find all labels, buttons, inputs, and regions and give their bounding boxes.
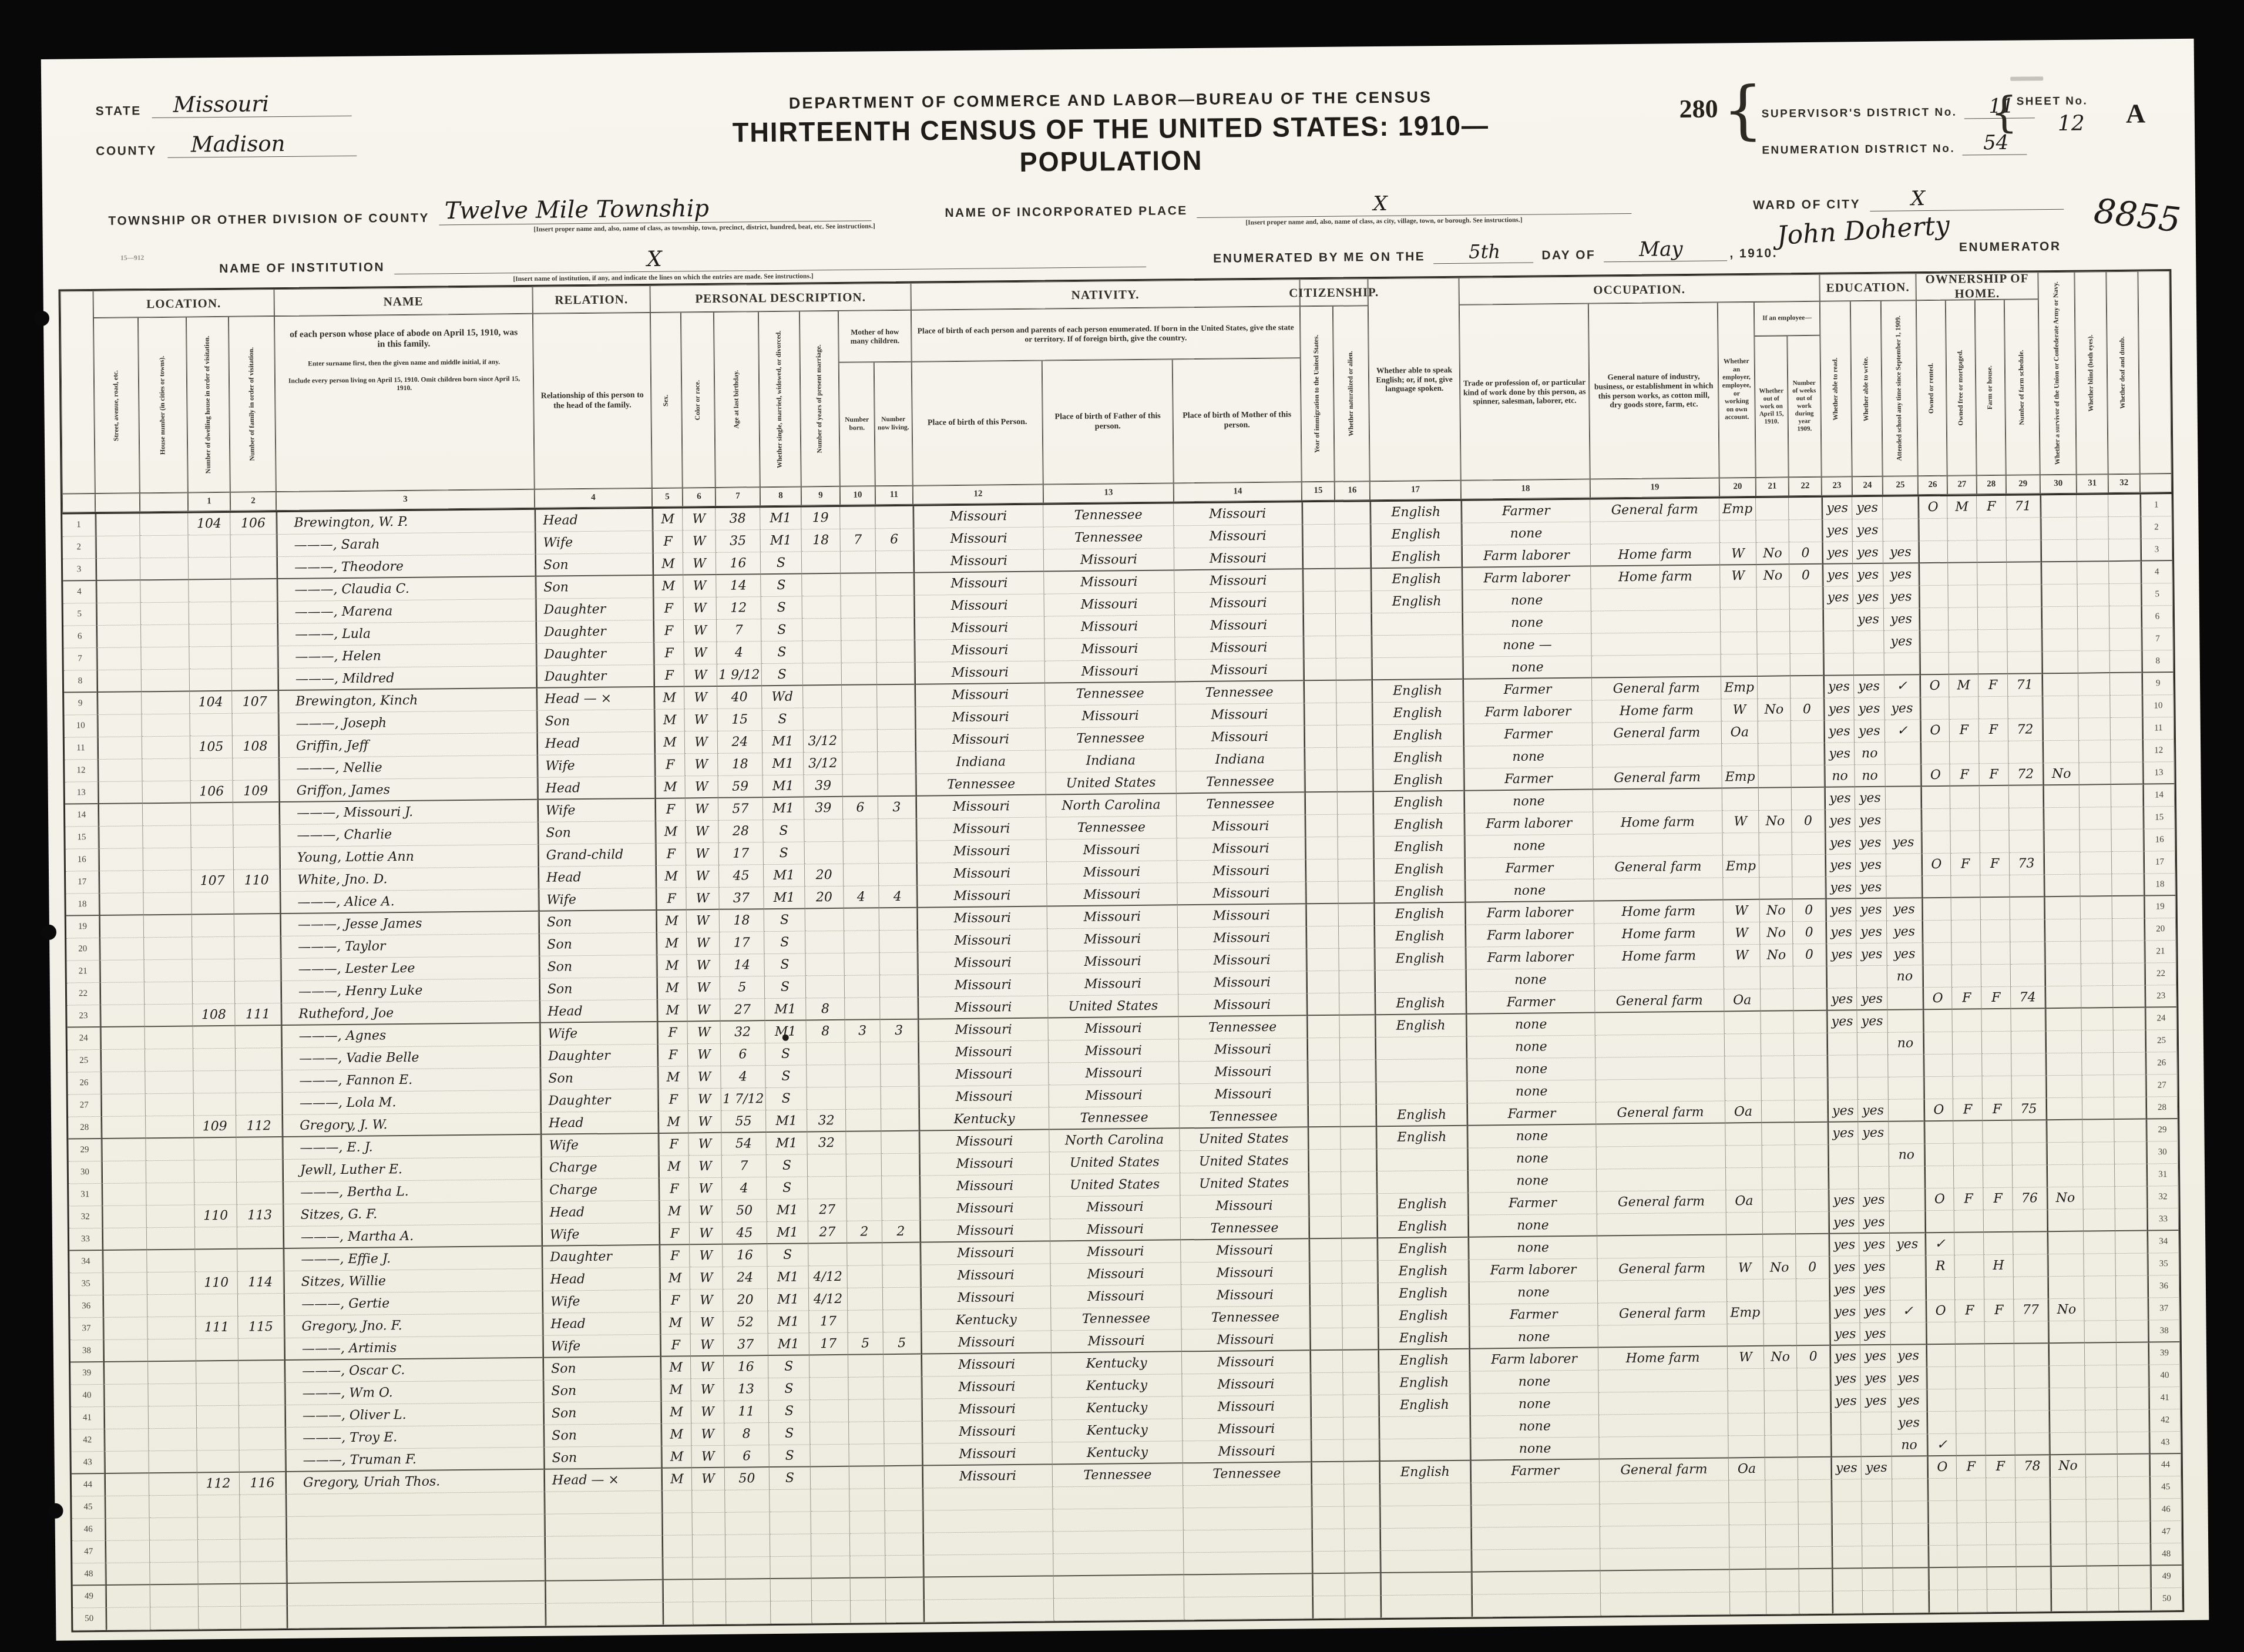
row-29-age: 54: [721, 1133, 766, 1156]
row-14-rel: Wife: [538, 799, 655, 822]
small-print-smudge: [2010, 76, 2043, 81]
row-32-fh: F: [1983, 1188, 2013, 1210]
row-8-wr: [1854, 653, 1884, 676]
row-27-street: [101, 1094, 146, 1117]
row-24-street: [100, 1027, 145, 1050]
row-44-fm: F: [1957, 1456, 1986, 1478]
col-header-bm: Place of birth of Mother of this person.: [1173, 358, 1302, 483]
row-40-ym: [809, 1378, 848, 1401]
row-20-sur: [2044, 919, 2081, 942]
row-34-wk: [1796, 1234, 1829, 1257]
row-41-cl: [884, 1399, 922, 1422]
row-14-rn2: 14: [2143, 784, 2175, 807]
row-38-bm: Missouri: [1182, 1328, 1310, 1352]
row-48-ow: [1766, 1547, 1799, 1570]
row-29-dw: [194, 1138, 236, 1161]
row-16-ind: [1594, 833, 1723, 857]
row-35-fn: [2013, 1254, 2047, 1277]
row-12-sur: [2043, 741, 2079, 764]
row-9-df: [2110, 673, 2142, 696]
row-2-sex: F: [652, 530, 683, 553]
row-44-street: [105, 1473, 149, 1496]
row-13-occ: Farmer: [1463, 768, 1593, 791]
row-11-fn: 72: [2008, 718, 2043, 741]
row-22-bl: [2081, 963, 2113, 986]
row-42-sex: M: [661, 1423, 691, 1446]
row-12-age: 18: [718, 753, 762, 776]
row-18-age: 37: [719, 887, 764, 910]
row-17-fm: F: [1951, 853, 1980, 875]
row-35-fm: [1954, 1255, 1984, 1277]
row-43-col: W: [691, 1446, 724, 1469]
row-37-df: [2116, 1298, 2148, 1321]
row-31-eng: [1376, 1171, 1467, 1194]
row-46-wr: [1862, 1502, 1892, 1524]
row-27-fm: [1953, 1076, 1983, 1099]
row-3-fm: [1948, 540, 1977, 563]
row-20-occ: Farm laborer: [1465, 924, 1594, 948]
row-40-col: W: [691, 1379, 724, 1402]
row-27-house: [146, 1093, 194, 1116]
row-33-rn2: 33: [2147, 1208, 2179, 1231]
row-12-bl: [2079, 740, 2111, 763]
row-48-bp: [923, 1554, 1053, 1577]
row-4-bp: Missouri: [913, 572, 1044, 596]
row-40-fh: [1985, 1366, 2014, 1389]
row-14-name: ———, Missouri J.: [279, 800, 538, 825]
row-47-own: [1928, 1523, 1957, 1546]
row-34-age: 16: [723, 1244, 767, 1267]
row-31-sur: [2047, 1165, 2083, 1188]
row-34-sex: F: [659, 1245, 690, 1267]
row-19-street: [99, 915, 144, 938]
row-40-rn: 40: [70, 1385, 103, 1408]
row-18-cb: 4: [844, 886, 879, 909]
row-4-ym: [802, 574, 841, 597]
row-24-bm: Tennessee: [1178, 1016, 1306, 1039]
row-23-wk: [1793, 989, 1826, 1012]
row-32-fam: 113: [237, 1204, 283, 1227]
row-9-ym: [803, 686, 842, 709]
row-27-bl: [2082, 1075, 2114, 1098]
row-38-bf: Missouri: [1052, 1329, 1182, 1353]
row-18-sur: [2044, 875, 2080, 898]
row-48-name: [286, 1559, 545, 1584]
row-19-col: W: [687, 910, 720, 933]
row-12-house: [142, 758, 190, 781]
row-49-bl: [2087, 1566, 2119, 1589]
row-5-ow: [1757, 587, 1790, 610]
row-4-fh: [1977, 563, 2007, 585]
row-5-street: [96, 603, 141, 626]
row-46-street: [105, 1518, 150, 1541]
row-33-bm: Tennessee: [1181, 1217, 1309, 1240]
row-16-bp: Missouri: [916, 840, 1047, 864]
row-22-street: [100, 982, 145, 1005]
row-40-fam: [238, 1383, 284, 1406]
row-18-sex: F: [656, 888, 686, 910]
row-45-occ: [1470, 1482, 1600, 1506]
row-17-sur: [2044, 852, 2080, 875]
row-44-rel: Head — ×: [544, 1469, 661, 1492]
row-44-sur: No: [2050, 1455, 2086, 1478]
row-6-bl: [2078, 606, 2109, 629]
row-50-ym: [812, 1601, 851, 1624]
row-44-cl: [885, 1466, 922, 1489]
row-5-fam: [231, 602, 277, 624]
row-37-wr: yes: [1860, 1301, 1890, 1323]
row-14-imm: [1305, 793, 1338, 815]
row-4-cb: [841, 573, 876, 596]
col-header-sur: Whether a survivor of the Union or Confe…: [2038, 272, 2076, 475]
row-23-df: [2113, 986, 2145, 1009]
row-42-imm: [1311, 1418, 1343, 1441]
row-15-house: [143, 825, 191, 848]
row-33-fam: [237, 1227, 283, 1250]
row-21-street: [99, 960, 144, 983]
row-7-occ: none —: [1462, 634, 1591, 657]
row-35-sch: [1890, 1255, 1925, 1278]
row-31-bf: United States: [1050, 1173, 1180, 1197]
row-18-ym: 20: [805, 887, 844, 909]
row-35-own: R: [1925, 1255, 1954, 1278]
row-34-col: W: [690, 1245, 723, 1268]
row-3-ow: No: [1756, 542, 1789, 565]
row-6-street: [96, 625, 141, 648]
row-21-wk: 0: [1793, 944, 1826, 967]
row-12-ym: 3/12: [804, 753, 842, 775]
row-34-occ: none: [1468, 1237, 1597, 1260]
row-7-imm: [1303, 636, 1336, 659]
row-1-bp: Missouri: [913, 505, 1043, 529]
row-35-fam: 114: [238, 1271, 284, 1294]
row-24-bf: Missouri: [1048, 1017, 1178, 1040]
row-40-imm: [1310, 1373, 1343, 1396]
row-15-fm: [1950, 808, 1980, 831]
col-number-bp: 12: [913, 485, 1043, 505]
row-7-df: [2109, 629, 2141, 652]
row-27-name: ———, Lola M.: [282, 1090, 540, 1115]
row-10-fh: [1978, 697, 2008, 719]
row-25-sex: F: [657, 1044, 688, 1066]
row-38-rel: Wife: [543, 1335, 660, 1358]
row-45-bf: [1053, 1486, 1183, 1509]
row-34-rn2: 34: [2147, 1231, 2179, 1254]
row-16-cl: [879, 841, 916, 864]
row-3-fam: [231, 557, 277, 580]
row-33-street: [102, 1228, 147, 1251]
row-13-nat: [1337, 770, 1372, 793]
row-32-rel: Head: [541, 1201, 659, 1224]
row-29-wk: [1795, 1123, 1828, 1146]
row-24-ym: 8: [807, 1020, 845, 1043]
row-1-fh: F: [1977, 496, 2006, 518]
row-33-col: W: [690, 1223, 723, 1245]
row-24-cl: 3: [881, 1020, 918, 1043]
row-11-wr: yes: [1855, 720, 1885, 743]
row-39-fn: [2014, 1344, 2048, 1366]
row-3-wk: 0: [1789, 542, 1822, 565]
row-39-ind: Home farm: [1598, 1347, 1728, 1370]
row-37-ind: General farm: [1598, 1302, 1727, 1325]
row-30-sur: [2047, 1143, 2083, 1166]
row-3-house: [140, 558, 189, 581]
row-5-bm: Missouri: [1175, 592, 1303, 615]
row-16-fh: [1980, 831, 2009, 853]
row-42-sch: yes: [1892, 1412, 1927, 1435]
row-13-ym: 39: [804, 775, 842, 798]
row-36-bm: Missouri: [1181, 1284, 1309, 1307]
row-4-rn2: 4: [2141, 561, 2172, 584]
row-23-bf: United States: [1048, 995, 1178, 1018]
row-45-df: [2118, 1477, 2149, 1500]
row-44-age: 50: [725, 1468, 770, 1490]
row-38-fh: [1985, 1322, 2014, 1344]
row-8-rn: 8: [64, 670, 97, 693]
row-13-emp: Emp: [1722, 766, 1758, 789]
row-33-name: ———, Martha A.: [283, 1224, 542, 1249]
row-18-occ: none: [1464, 879, 1594, 903]
col-header-cl: Number now living.: [874, 362, 913, 486]
row-10-bl: [2078, 696, 2110, 718]
row-43-rel: Son: [543, 1446, 661, 1470]
row-18-rn2: 18: [2144, 874, 2175, 896]
row-15-age: 28: [718, 820, 763, 843]
row-33-occ: none: [1468, 1214, 1597, 1238]
row-30-rd: [1828, 1144, 1859, 1167]
row-34-fn: [2013, 1232, 2047, 1255]
row-24-fm: [1952, 1009, 1981, 1032]
row-27-rn: 27: [68, 1094, 101, 1117]
row-30-wk: [1795, 1145, 1828, 1168]
row-16-bl: [2080, 830, 2111, 852]
row-13-fm: F: [1950, 764, 1979, 786]
state-label: STATE: [95, 104, 141, 118]
row-12-bp: Indiana: [915, 751, 1046, 774]
row-26-bm: Missouri: [1179, 1060, 1307, 1084]
row-9-bf: Tennessee: [1045, 682, 1175, 706]
row-45-bl: [2086, 1477, 2118, 1500]
col-number-mar: 8: [760, 486, 801, 506]
row-36-cl: [883, 1288, 921, 1311]
row-26-mar: S: [765, 1065, 807, 1088]
row-4-rn: 4: [63, 581, 96, 604]
row-5-rel: Daughter: [536, 598, 653, 622]
row-10-imm: [1304, 703, 1336, 726]
row-32-bl: [2083, 1187, 2115, 1210]
row-25-sch: no: [1888, 1032, 1923, 1055]
row-29-cb: [846, 1131, 881, 1154]
row-10-rel: Son: [536, 710, 654, 733]
row-22-sur: [2045, 964, 2081, 987]
row-4-dw: [189, 580, 231, 603]
row-3-ind: Home farm: [1591, 543, 1720, 566]
row-5-rd: yes: [1822, 586, 1853, 609]
row-46-imm: [1311, 1507, 1344, 1530]
row-6-fam: [231, 624, 277, 647]
row-39-emp: W: [1728, 1347, 1764, 1369]
row-20-eng: English: [1374, 925, 1465, 948]
row-31-ym: [808, 1177, 846, 1200]
row-49-ow: [1766, 1569, 1799, 1592]
row-28-emp: Oa: [1725, 1101, 1762, 1124]
row-20-age: 17: [720, 932, 764, 955]
row-29-cl: [881, 1131, 919, 1154]
row-11-age: 24: [718, 731, 762, 754]
col-number-own: 26: [1918, 476, 1947, 495]
row-14-sur: [2043, 785, 2080, 808]
row-41-wk: [1798, 1391, 1830, 1413]
row-50-mar: [771, 1601, 812, 1624]
row-45-bp: [922, 1487, 1053, 1510]
row-23-fm: F: [1952, 987, 1981, 1009]
row-44-cb: [849, 1466, 885, 1489]
row-45-fm: [1957, 1478, 1986, 1500]
row-45-eng: [1379, 1483, 1470, 1506]
row-23-bl: [2081, 986, 2113, 1009]
row-43-eng: [1379, 1439, 1470, 1462]
row-49-ind: [1601, 1570, 1730, 1593]
row-25-wk: [1794, 1033, 1827, 1056]
row-9-rn2: 9: [2142, 673, 2174, 696]
row-37-ym: 17: [809, 1311, 848, 1334]
row-4-eng: English: [1370, 568, 1462, 591]
row-28-ym: 32: [807, 1110, 846, 1133]
row-31-dw: [194, 1183, 237, 1206]
row-6-wk: [1790, 609, 1823, 632]
row-47-col: [693, 1535, 725, 1558]
row-37-eng: English: [1378, 1305, 1469, 1328]
col-number-sch: 25: [1883, 476, 1918, 495]
row-39-ym: [809, 1355, 848, 1378]
row-43-fam: [239, 1450, 285, 1473]
row-13-bm: Tennessee: [1176, 770, 1304, 794]
row-46-nat: [1344, 1506, 1379, 1529]
row-8-rn2: 8: [2142, 650, 2174, 673]
row-37-rel: Head: [542, 1312, 660, 1336]
row-49-mar: [771, 1579, 812, 1601]
row-15-wk: 0: [1792, 810, 1825, 833]
row-32-fm: F: [1954, 1188, 1983, 1210]
row-18-bp: Missouri: [916, 885, 1047, 908]
row-43-ow: [1765, 1435, 1798, 1458]
col-header-imm: Year of immigration to the United States…: [1300, 306, 1335, 482]
row-21-imm: [1306, 949, 1339, 972]
row-21-ind: Home farm: [1594, 945, 1724, 968]
row-26-nat: [1340, 1060, 1375, 1083]
row-44-bf: Tennessee: [1053, 1463, 1183, 1487]
row-18-rd: yes: [1825, 877, 1856, 899]
row-7-ind: [1591, 632, 1721, 656]
row-9-wk: [1791, 676, 1823, 699]
row-45-fam: [240, 1495, 285, 1517]
row-11-house: [142, 736, 190, 759]
col-number-street: [95, 493, 140, 512]
row-30-house: [146, 1160, 194, 1183]
row-3-nat: [1335, 546, 1370, 569]
row-39-bl: [2085, 1343, 2117, 1366]
row-3-fn: [2007, 540, 2041, 563]
row-31-rn: 31: [69, 1184, 102, 1207]
row-14-wk: [1792, 788, 1825, 811]
row-25-dw: [193, 1049, 236, 1072]
row-15-rn: 15: [65, 827, 98, 849]
row-22-emp: [1724, 967, 1761, 990]
row-4-street: [96, 580, 140, 603]
row-29-fam: [236, 1137, 282, 1160]
row-43-sex: M: [661, 1446, 691, 1468]
row-35-fh: H: [1984, 1255, 2013, 1277]
row-10-bf: Missouri: [1045, 704, 1175, 728]
row-3-dw: [189, 558, 231, 580]
row-30-age: 7: [722, 1155, 767, 1178]
row-42-nat: [1343, 1417, 1379, 1440]
row-41-occ: none: [1470, 1393, 1599, 1416]
row-39-rn: 39: [70, 1362, 103, 1385]
row-10-bp: Missouri: [915, 706, 1045, 730]
group-header-occupation: OCCUPATION.: [1459, 274, 1819, 305]
row-48-nat: [1345, 1551, 1380, 1574]
row-44-eng: English: [1379, 1461, 1470, 1484]
row-49-fm: [1958, 1567, 1987, 1590]
row-16-imm: [1305, 837, 1338, 860]
row-14-ow: [1759, 788, 1792, 811]
row-8-cb: [842, 663, 877, 686]
row-42-cl: [884, 1422, 922, 1445]
row-42-rn2: 42: [2149, 1409, 2181, 1432]
row-7-emp: [1721, 632, 1757, 655]
row-9-own: O: [1920, 675, 1949, 697]
row-25-fm: [1953, 1032, 1982, 1054]
row-13-wr: no: [1855, 765, 1885, 787]
row-40-sch: yes: [1891, 1367, 1926, 1390]
row-10-eng: English: [1372, 702, 1463, 725]
row-25-wr: [1857, 1033, 1888, 1055]
row-17-house: [143, 870, 192, 893]
row-39-sex: M: [660, 1356, 691, 1379]
row-49-cb: [851, 1578, 886, 1601]
row-12-emp: [1722, 744, 1758, 767]
row-32-ind: General farm: [1597, 1190, 1726, 1214]
row-17-dw: 107: [192, 870, 234, 893]
row-27-fn: [2012, 1076, 2046, 1099]
row-26-emp: [1725, 1056, 1761, 1079]
row-4-col: W: [683, 575, 716, 598]
row-40-occ: none: [1469, 1371, 1598, 1394]
row-43-fn: [2015, 1433, 2049, 1456]
row-26-ind: [1595, 1056, 1725, 1080]
row-3-name: ———, Theodore: [277, 555, 535, 579]
row-36-fh: [1984, 1277, 2014, 1300]
row-6-name: ———, Lula: [277, 622, 536, 646]
row-41-fam: [239, 1405, 285, 1428]
row-5-fh: [1977, 585, 2007, 607]
row-2-nat: [1335, 524, 1370, 547]
row-24-df: [2113, 1008, 2145, 1031]
row-21-bl: [2081, 941, 2112, 964]
row-18-street: [99, 893, 143, 916]
row-11-mar: M1: [762, 730, 804, 753]
row-12-fh: [1979, 741, 2008, 764]
row-4-cl: [876, 573, 913, 596]
row-34-imm: [1309, 1239, 1342, 1262]
row-47-bm: [1184, 1529, 1312, 1553]
row-6-emp: [1721, 610, 1757, 633]
row-41-ow: [1765, 1391, 1798, 1413]
row-11-nat: [1337, 725, 1372, 748]
row-31-fm: [1954, 1166, 1983, 1188]
col-header-house: House number (in cities or towns).: [138, 317, 188, 493]
